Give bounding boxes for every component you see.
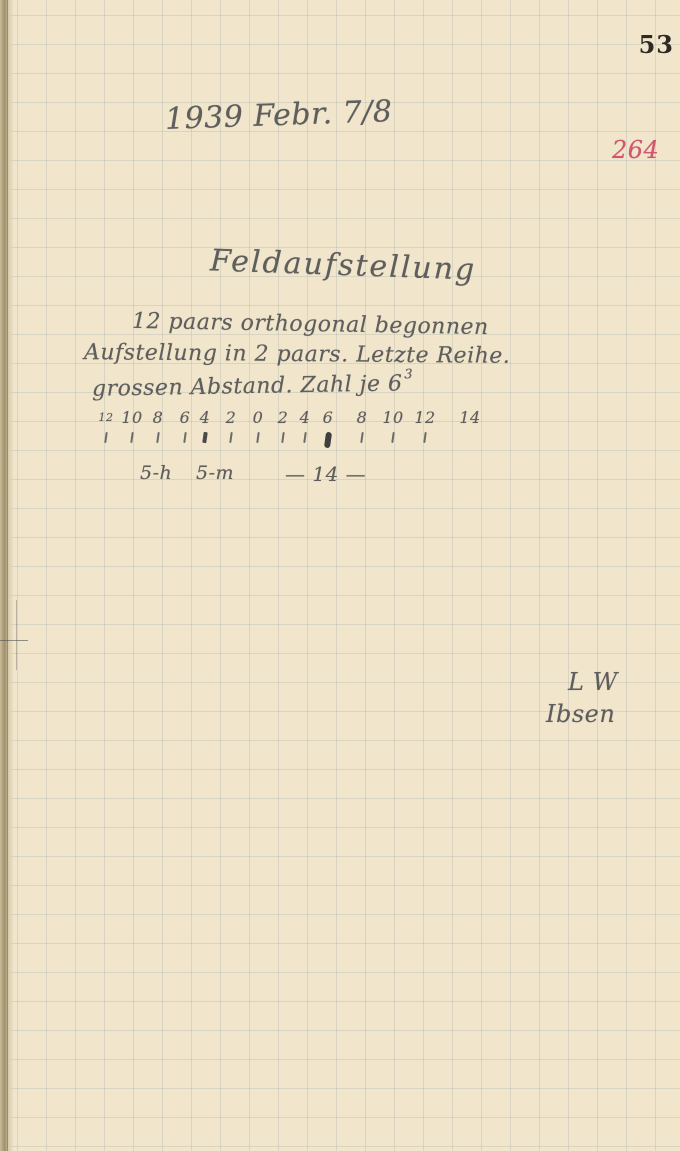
text-line-3-main: grossen Abstand. Zahl je 6 — [92, 371, 403, 401]
scale-tick — [104, 432, 108, 443]
scale-label: 12 — [99, 411, 114, 424]
numeric-scale-sketch: 12 10 8 6 4 2 0 2 4 6 8 10 12 14 — [100, 408, 500, 454]
scale-tick — [183, 432, 187, 443]
scale-tick — [156, 432, 160, 443]
scale-tick — [256, 432, 260, 443]
scale-tick — [281, 432, 285, 443]
scale-label: 10 — [382, 408, 403, 427]
scale-label: 8 — [153, 408, 164, 427]
signature-name: Ibsen — [546, 700, 615, 728]
text-line-2: Aufstellung in 2 paars. Letzte Reihe. — [84, 340, 511, 369]
text-line-1: 12 paars orthogonal begonnen — [132, 309, 489, 340]
scale-tick — [360, 432, 364, 443]
scale-tick — [202, 432, 207, 443]
entry-date: 1939 Febr. 7/8 — [164, 94, 393, 137]
scale-tick — [130, 432, 134, 443]
scale-tick — [229, 432, 233, 443]
pencil-margin-line — [16, 600, 17, 670]
scale-label: 2 — [278, 408, 289, 427]
scale-label: 6 — [323, 408, 334, 427]
pencil-margin-tick — [0, 640, 28, 641]
scale-label: 10 — [121, 408, 142, 427]
binding-edge-line — [7, 0, 8, 1151]
scale-annotation-2: 5-m — [196, 462, 234, 484]
scale-tick — [423, 432, 427, 443]
entry-title: Feldaufstellung — [209, 243, 476, 287]
scale-tick-heavy — [324, 432, 332, 449]
scale-label: 2 — [226, 408, 237, 427]
scale-tick — [303, 432, 307, 443]
red-ink-number: 264 — [612, 136, 659, 164]
printed-page-number: 53 — [639, 30, 674, 59]
scale-label: 12 — [414, 408, 435, 427]
scale-annotation-1: 5-h — [140, 462, 172, 484]
scale-tick — [391, 432, 395, 443]
scale-label: 6 — [180, 408, 191, 427]
scale-label: 4 — [300, 408, 311, 427]
signature-initials: L W — [568, 668, 618, 696]
scale-label: 8 — [357, 408, 368, 427]
text-line-3: grossen Abstand. Zahl je 63 — [92, 371, 414, 402]
scale-label: 0 — [253, 408, 264, 427]
scale-label: 4 — [200, 408, 211, 427]
scale-annotation-3: — 14 — — [285, 462, 366, 486]
notebook-page: 53 264 1939 Febr. 7/8 Feldaufstellung 12… — [0, 0, 680, 1151]
superscript-mark: 3 — [404, 367, 413, 382]
scale-label: 14 — [459, 408, 480, 427]
